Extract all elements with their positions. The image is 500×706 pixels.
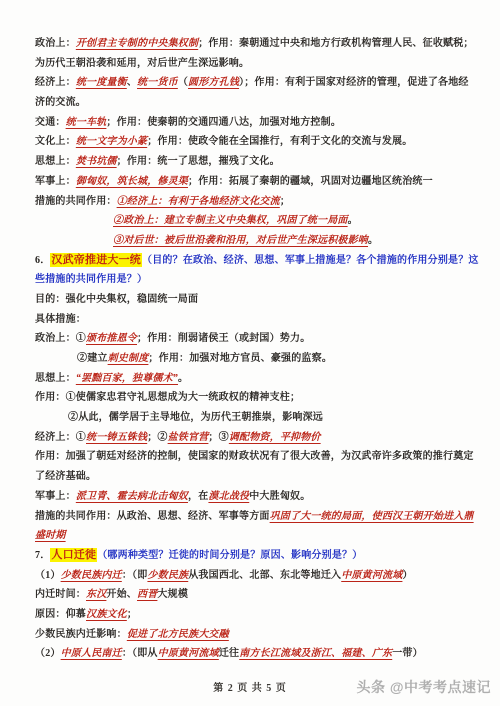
text-line: ②从此，儒学居于主导地位，为历代王朝推崇，影响深远 bbox=[35, 408, 474, 428]
text-line: 内迁时间：东汉开始、西晋大规模 bbox=[35, 585, 474, 605]
item-number: 6． bbox=[35, 255, 50, 266]
key-point-red: 统一文字为小篆 bbox=[76, 136, 147, 147]
key-point-red: 盛时期 bbox=[35, 530, 66, 541]
body-text: ：（即 bbox=[122, 570, 148, 581]
body-text: 军事上： bbox=[35, 176, 76, 187]
key-point-red: 刺史制度 bbox=[108, 353, 149, 364]
key-point-red: 盐铁官营 bbox=[168, 432, 209, 443]
key-point-red: ③对后世：被后世沿袭和沿用，对后世产生深远积极影响 bbox=[113, 235, 368, 246]
body-text: 开始、 bbox=[106, 589, 137, 600]
body-text: 少数民族内迁影响： bbox=[35, 629, 127, 640]
text-line: 为历代王朝沿袭和延用，对后世产生深远影响。 bbox=[35, 54, 474, 74]
toutiao-watermark: 头条 @中考考点速记 bbox=[356, 677, 491, 697]
body-text: ； bbox=[127, 609, 137, 620]
key-point-red: 西晋 bbox=[137, 589, 157, 600]
text-line: 些措施的共同作用是？） bbox=[35, 270, 474, 290]
key-point-red: 漠北战役 bbox=[208, 491, 249, 502]
text-line: 济的交流。 bbox=[35, 93, 474, 113]
key-point-red: 御匈奴，筑长城，修灵渠 bbox=[76, 176, 188, 187]
text-line: （1）少数民族内迁：（即少数民族从我国西北、北部、东北等地迁入中原黄河流域） bbox=[35, 566, 474, 586]
body-text: ； bbox=[280, 196, 290, 207]
text-line: 经济上：统一度量衡、统一货币（圆形方孔钱）；作用：有利于国家对经济的管理，促进了… bbox=[35, 73, 474, 93]
text-line: ③对后世：被后世沿袭和沿用，对后世产生深远积极影响。 bbox=[35, 231, 474, 251]
text-line: 少数民族内迁影响：促进了北方民族大交融 bbox=[35, 625, 474, 645]
body-text: 济的交流。 bbox=[35, 97, 86, 108]
body-text: 。 bbox=[178, 373, 188, 384]
body-text: 军事上： bbox=[35, 491, 76, 502]
key-point-red: 调配物资，平抑物价 bbox=[229, 432, 321, 443]
key-point-red: 开创君主专制的中央集权制 bbox=[76, 38, 198, 49]
key-point-red: 统一铸五铢钱 bbox=[86, 432, 147, 443]
text-line: 7．人口迁徙（哪两种类型？迁徙的时间分别是？原因、影响分别是？） bbox=[35, 546, 474, 566]
body-text: ；作用：削弱诸侯王（或封国）势力。 bbox=[137, 333, 310, 344]
body-text: ；② bbox=[147, 432, 167, 443]
body-text: 交通： bbox=[35, 117, 66, 128]
body-text: ；作用：统一了思想，摧残了文化。 bbox=[117, 156, 280, 167]
body-text: 了经济基础。 bbox=[35, 471, 96, 482]
text-line: 措施的共同作用：①经济上：有利于各地经济文化交流； bbox=[35, 192, 474, 212]
question-text: （哪两种类型？迁徙的时间分别是？原因、影响分别是？） bbox=[97, 550, 362, 561]
key-point-red: 少数民族 bbox=[147, 570, 188, 581]
body-text: ；作用：使政令能在全国推行，有利于文化的交流与发展。 bbox=[147, 136, 412, 147]
key-point-red: “罢黜百家，独尊儒术” bbox=[76, 373, 178, 384]
body-text: ：（即从 bbox=[122, 648, 158, 659]
key-point-red: 统一度量衡 bbox=[76, 77, 127, 88]
body-text: （ bbox=[178, 77, 188, 88]
body-text: 具体措施： bbox=[35, 314, 86, 325]
body-text: 迁往 bbox=[219, 648, 239, 659]
key-point-red: 统一货币 bbox=[137, 77, 178, 88]
body-text: ）；作用：有利于国家对经济的管理，促进了各地经 bbox=[239, 77, 469, 88]
body-text: 政治上：① bbox=[35, 333, 86, 344]
text-line: ②政治上：建立专制主义中央集权，巩固了统一局面。 bbox=[35, 211, 474, 231]
body-text: 为历代王朝沿袭和延用，对后世产生深远影响。 bbox=[35, 58, 249, 69]
key-point-red: 汉族文化 bbox=[86, 609, 127, 620]
key-point-red: 圆形方孔钱 bbox=[188, 77, 239, 88]
page-footer: 第 2 页 共 5 页 头条 @中考考点速记 bbox=[0, 679, 500, 699]
text-line: 作用：①使儒家忠君守礼思想成为大一统政权的精神支柱； bbox=[35, 388, 474, 408]
text-line: （2）中原人民南迁：（即从中原黄河流域迁往南方长江流域及浙江、福建、广东一带） bbox=[35, 644, 474, 664]
text-line: 经济上：①统一铸五铢钱；②盐铁官营；③调配物资，平抑物价 bbox=[35, 428, 474, 448]
question-text: （目的？在政治、经济、思想、军事上措施是？各个措施的作用分别是？这 bbox=[142, 255, 479, 266]
key-point-red: 巩固了大一统的局面，使西汉王朝开始进入鼎 bbox=[270, 511, 474, 522]
key-point-red: ②政治上：建立专制主义中央集权，巩固了统一局面 bbox=[113, 215, 348, 226]
body-text: 措施的共同作用：从政治、思想、经济、军事等方面 bbox=[35, 511, 270, 522]
body-text: 思想上： bbox=[35, 156, 76, 167]
text-line: 目的：强化中央集权，稳固统一局面 bbox=[35, 290, 474, 310]
text-line: 具体措施： bbox=[35, 310, 474, 330]
body-text: ；作用：拓展了秦朝的疆域，巩固对边疆地区统治统一 bbox=[188, 176, 433, 187]
text-line: 思想上：“罢黜百家，独尊儒术”。 bbox=[35, 369, 474, 389]
body-text: ） bbox=[402, 570, 412, 581]
key-point-red: 中原黄河流域 bbox=[158, 648, 219, 659]
body-text: ；③ bbox=[208, 432, 228, 443]
key-point-red: 中原黄河流域 bbox=[341, 570, 402, 581]
text-line: 政治上：开创君主专制的中央集权制；作用：秦朝通过中央和地方行政机构管理人民、征收… bbox=[35, 34, 474, 54]
body-text: 文化上： bbox=[35, 136, 76, 147]
text-line: 军事上：派卫青、霍去病北击匈奴，在漠北战役中大胜匈奴。 bbox=[35, 487, 474, 507]
key-point-red: 促进了北方民族大交融 bbox=[127, 629, 229, 640]
text-line: 军事上：御匈奴，筑长城，修灵渠；作用：拓展了秦朝的疆域，巩固对边疆地区统治统一 bbox=[35, 172, 474, 192]
text-line: 思想上：焚书坑儒；作用：统一了思想，摧残了文化。 bbox=[35, 152, 474, 172]
item-number: 7． bbox=[35, 550, 50, 561]
body-text: ②从此，儒学居于主导地位，为历代王朝推崇，影响深远 bbox=[68, 412, 323, 423]
text-line: 盛时期 bbox=[35, 526, 474, 546]
text-line: 文化上：统一文字为小篆；作用：使政令能在全国推行，有利于文化的交流与发展。 bbox=[35, 132, 474, 152]
body-text: 措施的共同作用： bbox=[35, 196, 117, 207]
question-text: 些措施的共同作用是？） bbox=[35, 274, 147, 285]
key-point-red: 中原人民南迁 bbox=[61, 648, 122, 659]
body-text: 作用：加强了朝廷对经济的控制，使国家的财政状况有了很大改善，为汉武帝许多政策的推… bbox=[35, 451, 474, 462]
body-text: ；作用：秦朝通过中央和地方行政机构管理人民、征收赋税； bbox=[198, 38, 473, 49]
key-point-red: 少数民族内迁 bbox=[61, 570, 122, 581]
body-text: 一带） bbox=[392, 648, 423, 659]
body-text: 。 bbox=[348, 215, 358, 226]
key-point-red: 派卫青、霍去病北击匈奴 bbox=[76, 491, 188, 502]
text-line: ②建立刺史制度；作用：加强对地方官员、豪强的监察。 bbox=[35, 349, 474, 369]
highlighted-topic: 汉武帝推进大一统 bbox=[50, 253, 142, 267]
key-point-red: 东汉 bbox=[86, 589, 106, 600]
body-text: 从我国西北、北部、东北等地迁入 bbox=[188, 570, 341, 581]
key-point-red: ①经济上：有利于各地经济文化交流 bbox=[117, 196, 280, 207]
body-text: ②建立 bbox=[77, 353, 108, 364]
text-line: 6．汉武帝推进大一统（目的？在政治、经济、思想、军事上措施是？各个措施的作用分别… bbox=[35, 251, 474, 271]
body-text: 内迁时间： bbox=[35, 589, 86, 600]
body-text: 原因：仰慕 bbox=[35, 609, 86, 620]
scanned-study-notes-page: { "colors": { "key_point_red": "#bb2418"… bbox=[0, 0, 500, 706]
highlighted-topic: 人口迁徙 bbox=[50, 548, 97, 562]
body-text: 思想上： bbox=[35, 373, 76, 384]
key-point-red: 南方长江流域及浙江、福建、广东 bbox=[239, 648, 392, 659]
body-text: （1） bbox=[35, 570, 61, 581]
body-text: 政治上： bbox=[35, 38, 76, 49]
text-line: 交通：统一车轨；作用：使秦朝的交通四通八达，加强对地方控制。 bbox=[35, 113, 474, 133]
text-line: 政治上：①颁布推恩令；作用：削弱诸侯王（或封国）势力。 bbox=[35, 329, 474, 349]
text-line: 了经济基础。 bbox=[35, 467, 474, 487]
notes-text-body: 政治上：开创君主专制的中央集权制；作用：秦朝通过中央和地方行政机构管理人民、征收… bbox=[0, 0, 500, 706]
text-line: 措施的共同作用：从政治、思想、经济、军事等方面巩固了大一统的局面，使西汉王朝开始… bbox=[35, 507, 474, 527]
body-text: 大规模 bbox=[157, 589, 188, 600]
key-point-red: 颁布推恩令 bbox=[86, 333, 137, 344]
body-text: 。 bbox=[368, 235, 378, 246]
body-text: 、 bbox=[127, 77, 137, 88]
body-text: 中大胜匈奴。 bbox=[249, 491, 310, 502]
key-point-red: 焚书坑儒 bbox=[76, 156, 117, 167]
text-line: 原因：仰慕汉族文化； bbox=[35, 605, 474, 625]
body-text: 目的：强化中央集权，稳固统一局面 bbox=[35, 294, 198, 305]
body-text: ，在 bbox=[188, 491, 208, 502]
body-text: ；作用：使秦朝的交通四通八达，加强对地方控制。 bbox=[106, 117, 341, 128]
body-text: 经济上：① bbox=[35, 432, 86, 443]
text-line: 作用：加强了朝廷对经济的控制，使国家的财政状况有了很大改善，为汉武帝许多政策的推… bbox=[35, 447, 474, 467]
body-text: 经济上： bbox=[35, 77, 76, 88]
key-point-red: 统一车轨 bbox=[66, 117, 107, 128]
body-text: 作用：①使儒家忠君守礼思想成为大一统政权的精神支柱； bbox=[35, 392, 300, 403]
body-text: （2） bbox=[35, 648, 61, 659]
body-text: ；作用：加强对地方官员、豪强的监察。 bbox=[148, 353, 332, 364]
